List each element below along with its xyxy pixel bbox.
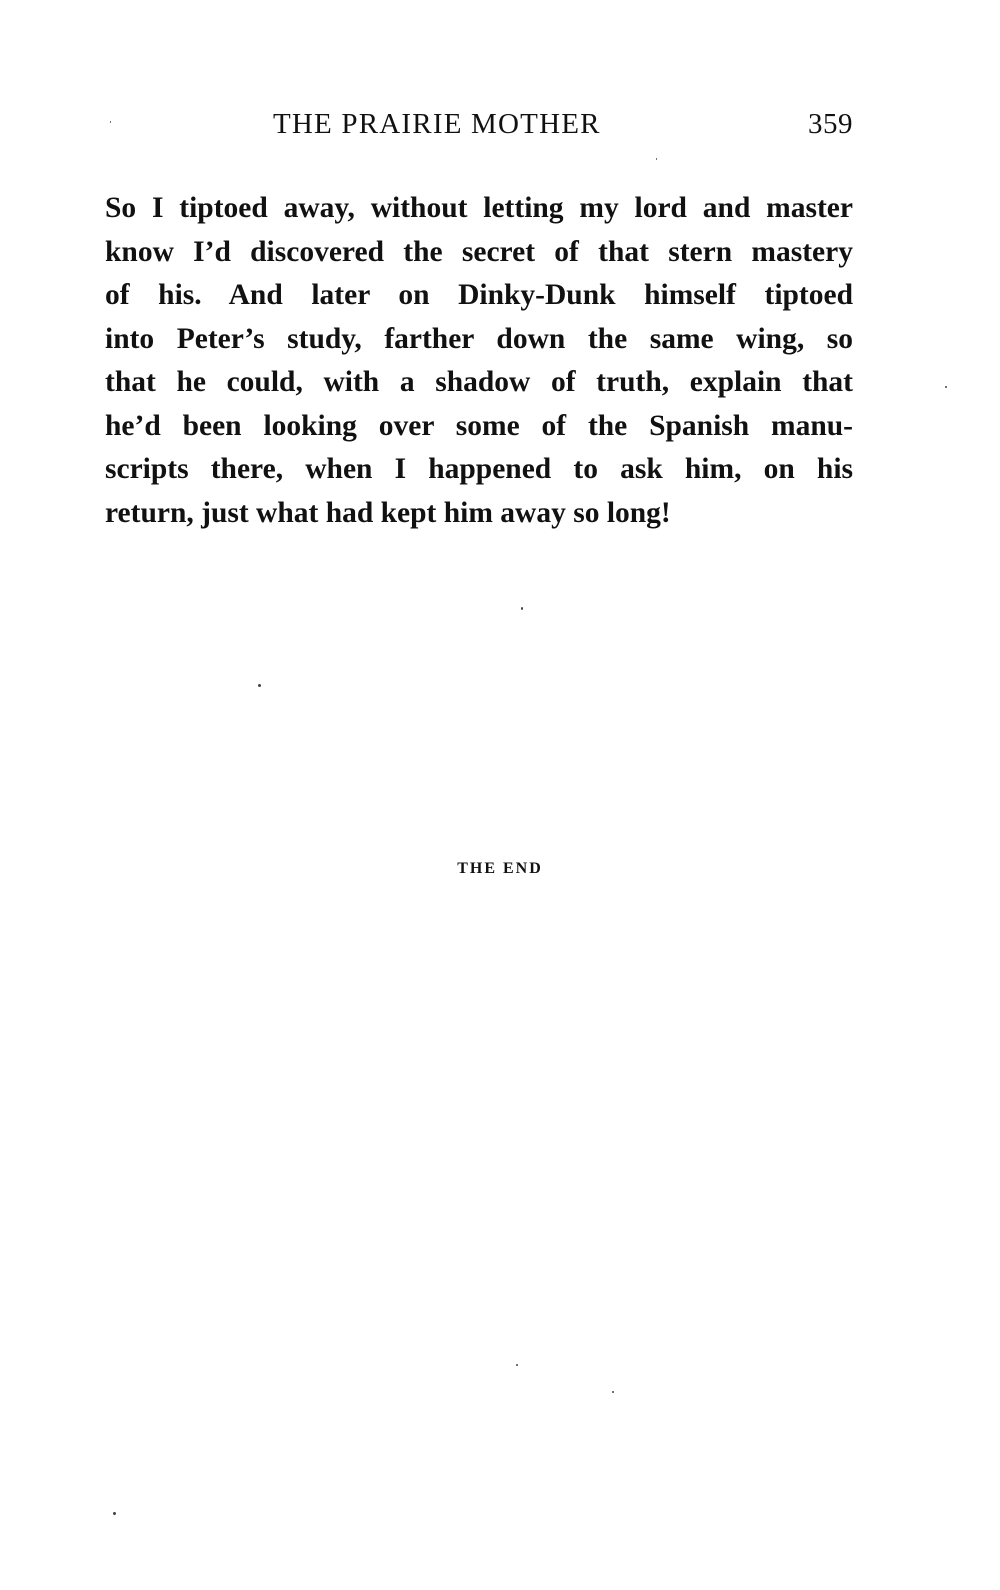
running-title: THE PRAIRIE MOTHER xyxy=(273,108,601,141)
page-number: 359 xyxy=(808,108,853,141)
scan-speck xyxy=(110,121,111,123)
body-paragraph: So I tiptoed away, without letting my lo… xyxy=(105,187,853,535)
scan-speck xyxy=(945,386,947,388)
scan-speck xyxy=(521,607,523,610)
scan-speck xyxy=(113,1512,116,1515)
scan-speck xyxy=(656,158,657,160)
text-line: into Peter’s study, farther down the sam… xyxy=(105,318,853,362)
book-page: THE PRAIRIE MOTHER 359 So I tiptoed away… xyxy=(0,0,1000,1590)
running-head: THE PRAIRIE MOTHER 359 xyxy=(105,108,853,148)
the-end-label: THE END xyxy=(0,860,1000,878)
text-line: So I tiptoed away, without letting my lo… xyxy=(105,187,853,231)
scan-speck xyxy=(258,684,261,687)
text-line: know I’d discovered the secret of that s… xyxy=(105,231,853,275)
text-line: scripts there, when I happened to ask hi… xyxy=(105,448,853,492)
scan-speck xyxy=(516,1364,518,1366)
scan-speck xyxy=(612,1391,614,1393)
text-line: he’d been looking over some of the Spani… xyxy=(105,405,853,449)
text-line: of his. And later on Dinky-Dunk himself … xyxy=(105,274,853,318)
text-line: return, just what had kept him away so l… xyxy=(105,492,853,536)
text-line: that he could, with a shadow of truth, e… xyxy=(105,361,853,405)
